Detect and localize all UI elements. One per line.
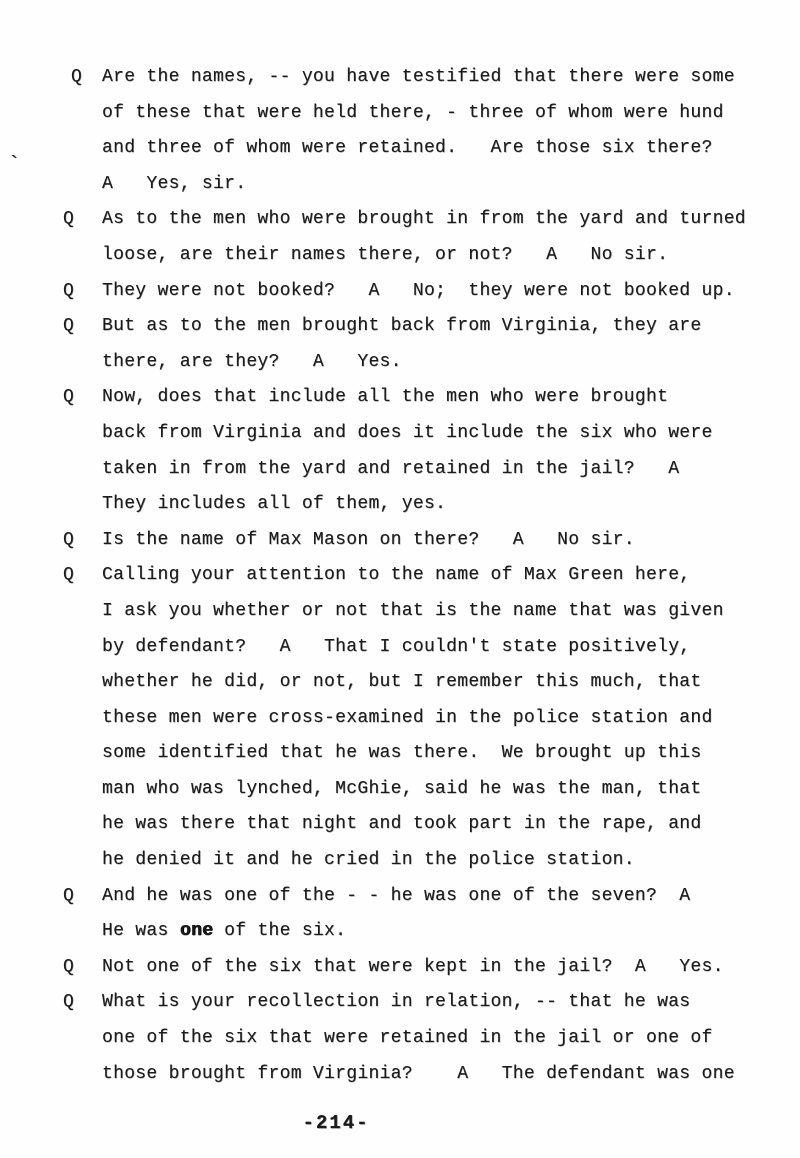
transcript-line: A Yes, sir. xyxy=(63,167,763,203)
line-text: As to the men who were brought in from t… xyxy=(102,209,746,229)
transcript-line: these men were cross-examined in the pol… xyxy=(63,701,763,737)
speaker-prefix: Q xyxy=(63,274,102,310)
line-text: these men were cross-examined in the pol… xyxy=(102,708,713,728)
transcript-line: QCalling your attention to the name of M… xyxy=(63,558,763,594)
transcript-line: QNow, does that include all the men who … xyxy=(63,380,763,416)
line-text: But as to the men brought back from Virg… xyxy=(102,316,702,336)
line-text: I ask you whether or not that is the nam… xyxy=(102,601,724,621)
transcript-line: whether he did, or not, but I remember t… xyxy=(63,665,763,701)
line-text: he denied it and he cried in the police … xyxy=(102,850,635,870)
line-text: some identified that he was there. We br… xyxy=(102,743,702,763)
speaker-prefix: Q xyxy=(63,950,102,986)
line-text: taken in from the yard and retained in t… xyxy=(102,459,679,479)
line-text: there, are they? A Yes. xyxy=(102,352,402,372)
line-text: one of the six that were retained in the… xyxy=(102,1028,713,1048)
transcript-line: QAnd he was one of the - - he was one of… xyxy=(63,879,763,915)
speaker-prefix: Q xyxy=(63,60,102,96)
line-text: those brought from Virginia? A The defen… xyxy=(102,1064,735,1084)
line-text: by defendant? A That I couldn't state po… xyxy=(102,637,690,657)
line-text: loose, are their names there, or not? A … xyxy=(102,245,668,265)
transcript-line: He was one of the six. xyxy=(63,914,763,950)
line-text: He was one of the six. xyxy=(102,921,346,941)
line-text: of these that were held there, - three o… xyxy=(102,103,724,123)
speaker-prefix: Q xyxy=(63,523,102,559)
line-text: Is the name of Max Mason on there? A No … xyxy=(102,530,635,550)
speaker-prefix: Q xyxy=(63,202,102,238)
transcript-line: and three of whom were retained. Are tho… xyxy=(63,131,763,167)
line-text: he was there that night and took part in… xyxy=(102,814,702,834)
transcript-line: loose, are their names there, or not? A … xyxy=(63,238,763,274)
line-text: Are the names, -- you have testified tha… xyxy=(102,67,735,87)
line-text: They includes all of them, yes. xyxy=(102,494,446,514)
transcript-line: QIs the name of Max Mason on there? A No… xyxy=(63,523,763,559)
document-page: ` QAre the names, -- you have testified … xyxy=(0,0,800,1158)
line-text: and three of whom were retained. Are tho… xyxy=(102,138,713,158)
line-text: Not one of the six that were kept in the… xyxy=(102,957,724,977)
transcript-line: one of the six that were retained in the… xyxy=(63,1021,763,1057)
transcript-line: QThey were not booked? A No; they were n… xyxy=(63,274,763,310)
overstruck-word: one xyxy=(180,921,213,941)
speaker-prefix: Q xyxy=(63,879,102,915)
transcript-line: QAre the names, -- you have testified th… xyxy=(63,60,763,96)
transcript-line: QWhat is your recollection in relation, … xyxy=(63,985,763,1021)
text-segment: of the six. xyxy=(213,921,346,941)
line-text: What is your recollection in relation, -… xyxy=(102,992,690,1012)
transcript-line: those brought from Virginia? A The defen… xyxy=(63,1057,763,1093)
transcript-line: QNot one of the six that were kept in th… xyxy=(63,950,763,986)
transcript-line: of these that were held there, - three o… xyxy=(63,96,763,132)
speaker-prefix: Q xyxy=(63,380,102,416)
transcript-line: They includes all of them, yes. xyxy=(63,487,763,523)
line-text: A Yes, sir. xyxy=(102,174,246,194)
line-text: They were not booked? A No; they were no… xyxy=(102,281,735,301)
transcript-line: some identified that he was there. We br… xyxy=(63,736,763,772)
line-text: man who was lynched, McGhie, said he was… xyxy=(102,779,702,799)
transcript-line: QAs to the men who were brought in from … xyxy=(63,202,763,238)
transcript-body: QAre the names, -- you have testified th… xyxy=(63,60,763,1092)
page-number: -214- xyxy=(0,1112,672,1134)
speaker-prefix: Q xyxy=(63,985,102,1021)
transcript-line: he denied it and he cried in the police … xyxy=(63,843,763,879)
text-segment: He was xyxy=(102,921,180,941)
transcript-line: he was there that night and took part in… xyxy=(63,807,763,843)
transcript-line: there, are they? A Yes. xyxy=(63,345,763,381)
line-text: whether he did, or not, but I remember t… xyxy=(102,672,702,692)
line-text: And he was one of the - - he was one of … xyxy=(102,886,690,906)
line-text: Calling your attention to the name of Ma… xyxy=(102,565,690,585)
transcript-line: I ask you whether or not that is the nam… xyxy=(63,594,763,630)
transcript-line: taken in from the yard and retained in t… xyxy=(63,452,763,488)
line-text: back from Virginia and does it include t… xyxy=(102,423,713,443)
transcript-line: by defendant? A That I couldn't state po… xyxy=(63,630,763,666)
speaker-prefix: Q xyxy=(63,309,102,345)
line-text: Now, does that include all the men who w… xyxy=(102,387,668,407)
stray-pen-mark: ` xyxy=(7,153,21,180)
transcript-line: QBut as to the men brought back from Vir… xyxy=(63,309,763,345)
transcript-line: back from Virginia and does it include t… xyxy=(63,416,763,452)
transcript-line: man who was lynched, McGhie, said he was… xyxy=(63,772,763,808)
speaker-prefix: Q xyxy=(63,558,102,594)
